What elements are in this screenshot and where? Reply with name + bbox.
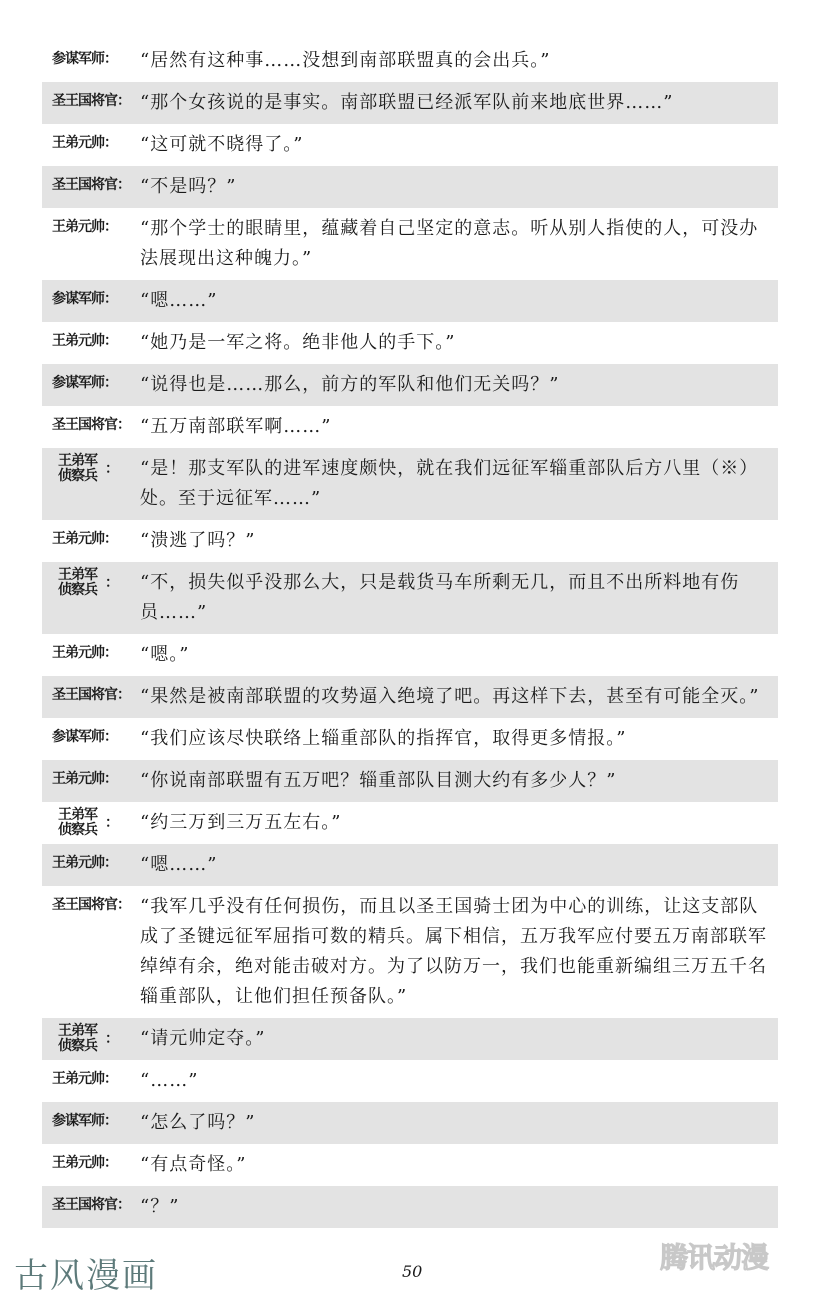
dialogue-text: “请元帅定夺。”	[140, 1024, 770, 1054]
dialogue-text: “是！那支军队的进军速度颇快，就在我们远征军辎重部队后方八里（※）处。至于远征军…	[140, 454, 770, 514]
speaker-label: 王弟元帅：	[52, 640, 140, 666]
dialogue-text: “五万南部联军啊……”	[140, 412, 770, 442]
dialogue-text: “这可就不晓得了。”	[140, 130, 770, 160]
dialogue-row: 王弟军侦察兵：“是！那支军队的进军速度颇快，就在我们远征军辎重部队后方八里（※）…	[42, 448, 778, 520]
speaker-label: 圣王国将官：	[52, 412, 140, 438]
dialogue-text: “果然是被南部联盟的攻势逼入绝境了吧。再这样下去，甚至有可能全灭。”	[140, 682, 770, 712]
speaker-label: 圣王国将官：	[52, 892, 140, 918]
dialogue-text: “嗯……”	[140, 850, 770, 880]
speaker-label: 王弟军侦察兵：	[52, 1024, 140, 1054]
dialogue-text: “有点奇怪。”	[140, 1150, 770, 1180]
dialogue-row: 王弟元帅：“……”	[42, 1060, 778, 1102]
speaker-label: 参谋军师：	[52, 1108, 140, 1134]
dialogue-row: 王弟元帅：“嗯。”	[42, 634, 778, 676]
dialogue-text: “她乃是一军之将。绝非他人的手下。”	[140, 328, 770, 358]
dialogue-text: “那个女孩说的是事实。南部联盟已经派军队前来地底世界……”	[140, 88, 770, 118]
dialogue-row: 圣王国将官：“不是吗？”	[42, 166, 778, 208]
dialogue-text: “不，损失似乎没那么大，只是载货马车所剩无几，而且不出所料地有伤员……”	[140, 568, 770, 628]
dialogue-text: “说得也是……那么，前方的军队和他们无关吗？”	[140, 370, 770, 400]
dialogue-text: “？”	[140, 1192, 770, 1222]
dialogue-text: “溃逃了吗？”	[140, 526, 770, 556]
dialogue-text: “我们应该尽快联络上辎重部队的指挥官，取得更多情报。”	[140, 724, 770, 754]
speaker-label: 圣王国将官：	[52, 682, 140, 708]
speaker-label: 王弟元帅：	[52, 214, 140, 240]
dialogue-row: 圣王国将官：“我军几乎没有任何损伤，而且以圣王国骑士团为中心的训练，让这支部队成…	[42, 886, 778, 1018]
dialogue-text: “不是吗？”	[140, 172, 770, 202]
speaker-label: 圣王国将官：	[52, 88, 140, 114]
dialogue-text: “居然有这种事……没想到南部联盟真的会出兵。”	[140, 46, 770, 76]
dialogue-row: 王弟元帅：“有点奇怪。”	[42, 1144, 778, 1186]
speaker-label: 王弟元帅：	[52, 526, 140, 552]
dialogue-list: 参谋军师：“居然有这种事……没想到南部联盟真的会出兵。”圣王国将官：“那个女孩说…	[42, 40, 778, 1228]
speaker-label: 王弟元帅：	[52, 130, 140, 156]
speaker-label: 参谋军师：	[52, 286, 140, 312]
speaker-label: 圣王国将官：	[52, 172, 140, 198]
page-number: 50	[402, 1262, 422, 1281]
dialogue-row: 王弟军侦察兵：“请元帅定夺。”	[42, 1018, 778, 1060]
dialogue-text: “……”	[140, 1066, 770, 1096]
speaker-label: 参谋军师：	[52, 46, 140, 72]
dialogue-row: 王弟军侦察兵：“约三万到三万五左右。”	[42, 802, 778, 844]
speaker-label: 王弟元帅：	[52, 1150, 140, 1176]
speaker-label: 王弟元帅：	[52, 328, 140, 354]
speaker-label: 圣王国将官：	[52, 1192, 140, 1218]
site-logo: 古风漫画	[14, 1248, 158, 1291]
dialogue-row: 参谋军师：“说得也是……那么，前方的军队和他们无关吗？”	[42, 364, 778, 406]
dialogue-row: 圣王国将官：“那个女孩说的是事实。南部联盟已经派军队前来地底世界……”	[42, 82, 778, 124]
dialogue-row: 圣王国将官：“？”	[42, 1186, 778, 1228]
dialogue-text: “我军几乎没有任何损伤，而且以圣王国骑士团为中心的训练，让这支部队成了圣键远征军…	[140, 892, 770, 1012]
speaker-label: 王弟军侦察兵：	[52, 454, 140, 484]
dialogue-text: “嗯。”	[140, 640, 770, 670]
dialogue-text: “你说南部联盟有五万吧？辎重部队目测大约有多少人？”	[140, 766, 770, 796]
speaker-label: 王弟军侦察兵：	[52, 568, 140, 598]
dialogue-text: “那个学士的眼睛里，蕴藏着自己坚定的意志。听从别人指使的人，可没办法展现出这种魄…	[140, 214, 770, 274]
dialogue-row: 参谋军师：“居然有这种事……没想到南部联盟真的会出兵。”	[42, 40, 778, 82]
speaker-label: 王弟元帅：	[52, 766, 140, 792]
dialogue-row: 王弟元帅：“你说南部联盟有五万吧？辎重部队目测大约有多少人？”	[42, 760, 778, 802]
dialogue-row: 参谋军师：“嗯……”	[42, 280, 778, 322]
dialogue-text: “怎么了吗？”	[140, 1108, 770, 1138]
dialogue-row: 参谋军师：“怎么了吗？”	[42, 1102, 778, 1144]
dialogue-row: 参谋军师：“我们应该尽快联络上辎重部队的指挥官，取得更多情报。”	[42, 718, 778, 760]
speaker-label: 参谋军师：	[52, 370, 140, 396]
watermark: 腾讯动漫	[660, 1236, 768, 1276]
dialogue-row: 王弟元帅：“她乃是一军之将。绝非他人的手下。”	[42, 322, 778, 364]
dialogue-row: 圣王国将官：“五万南部联军啊……”	[42, 406, 778, 448]
dialogue-row: 王弟元帅：“这可就不晓得了。”	[42, 124, 778, 166]
speaker-label: 参谋军师：	[52, 724, 140, 750]
dialogue-row: 王弟军侦察兵：“不，损失似乎没那么大，只是载货马车所剩无几，而且不出所料地有伤员…	[42, 562, 778, 634]
speaker-label: 王弟元帅：	[52, 850, 140, 876]
dialogue-row: 王弟元帅：“溃逃了吗？”	[42, 520, 778, 562]
dialogue-row: 王弟元帅：“那个学士的眼睛里，蕴藏着自己坚定的意志。听从别人指使的人，可没办法展…	[42, 208, 778, 280]
dialogue-text: “约三万到三万五左右。”	[140, 808, 770, 838]
dialogue-text: “嗯……”	[140, 286, 770, 316]
speaker-label: 王弟元帅：	[52, 1066, 140, 1092]
dialogue-row: 王弟元帅：“嗯……”	[42, 844, 778, 886]
speaker-label: 王弟军侦察兵：	[52, 808, 140, 838]
dialogue-row: 圣王国将官：“果然是被南部联盟的攻势逼入绝境了吧。再这样下去，甚至有可能全灭。”	[42, 676, 778, 718]
